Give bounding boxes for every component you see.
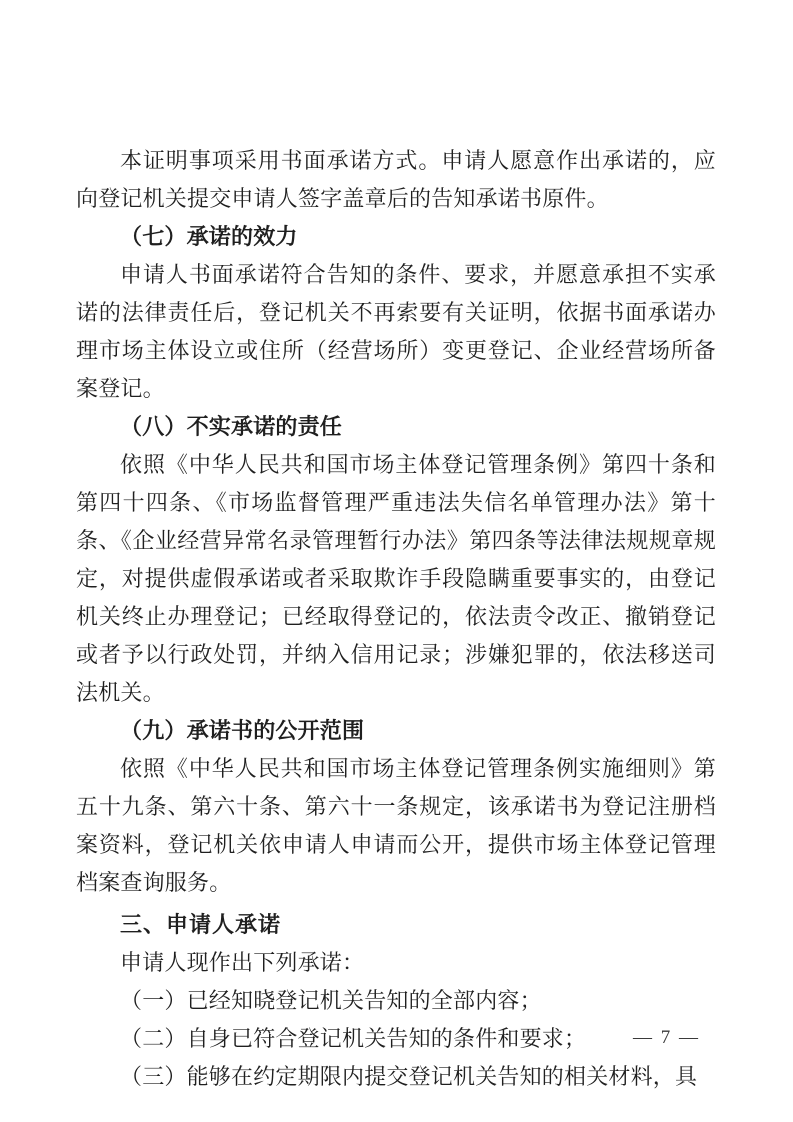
paragraph: 依照《中华人民共和国市场主体登记管理条例》第四十条和第四十四条、《市场监督管理严… — [76, 446, 716, 712]
paragraph: 申请人现作出下列承诺： — [76, 944, 716, 982]
document-body: 本证明事项采用书面承诺方式。申请人愿意作出承诺的，应向登记机关提交申请人签字盖章… — [76, 142, 716, 1096]
list-item: （二）自身已符合登记机关告知的条件和要求； — [76, 1020, 716, 1058]
paragraph: 依照《中华人民共和国市场主体登记管理条例实施细则》第五十九条、第六十条、第六十一… — [76, 750, 716, 902]
section-subheading: （八）不实承诺的责任 — [76, 408, 716, 446]
section-subheading: （九）承诺书的公开范围 — [76, 712, 716, 750]
list-item: （一）已经知晓登记机关告知的全部内容； — [76, 982, 716, 1020]
section-heading: 三、申请人承诺 — [76, 906, 716, 944]
page-number-label: — 7 — — [633, 1027, 700, 1048]
paragraph: 申请人书面承诺符合告知的条件、要求，并愿意承担不实承诺的法律责任后，登记机关不再… — [76, 256, 716, 408]
page-number: — 7 — — [633, 1026, 700, 1050]
section-subheading: （七）承诺的效力 — [76, 218, 716, 256]
paragraph: 本证明事项采用书面承诺方式。申请人愿意作出承诺的，应向登记机关提交申请人签字盖章… — [76, 142, 716, 218]
document-page: 本证明事项采用书面承诺方式。申请人愿意作出承诺的，应向登记机关提交申请人签字盖章… — [0, 0, 793, 1122]
list-item: （三）能够在约定期限内提交登记机关告知的相关材料，具 — [76, 1058, 716, 1096]
